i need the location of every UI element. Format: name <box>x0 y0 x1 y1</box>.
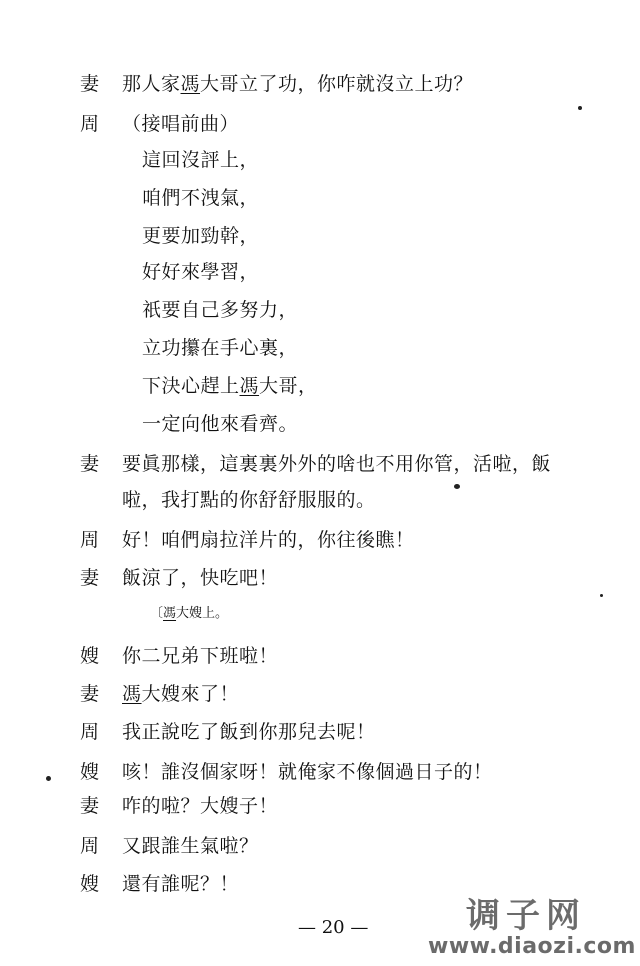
dialogue-line: 還有誰呢？！ <box>122 872 239 896</box>
speaker-label: 嫂 <box>80 644 99 668</box>
lyric-line: 立功攥在手心裏， <box>142 336 298 360</box>
scan-speck <box>578 106 582 110</box>
lyric-line: 好好來學習， <box>142 260 259 284</box>
scan-speck <box>600 594 603 597</box>
dialogue-line: 飯涼了，快吃吧！ <box>122 566 278 590</box>
direction-text: 大嫂上。 <box>176 606 228 621</box>
speaker-label: 周 <box>80 112 99 136</box>
lyric-line: 一定向他來看齊。 <box>142 412 298 436</box>
lyric-line: 下決心趕上馮大哥， <box>142 374 318 398</box>
speaker-label: 妻 <box>80 452 99 476</box>
proper-name-underlined: 馮 <box>163 606 176 621</box>
speaker-label: 妻 <box>80 566 99 590</box>
speaker-label: 周 <box>80 528 99 552</box>
watermark-logo: 调子网 <box>466 896 586 936</box>
speaker-label: 周 <box>80 720 99 744</box>
stage-cue: （接唱前曲） <box>122 112 239 136</box>
lyric-line: 祇要自己多努力， <box>142 298 298 322</box>
speaker-label: 嫂 <box>80 872 99 896</box>
dialogue-line: 咋的啦？大嫂子！ <box>122 794 278 818</box>
dialogue-line: 又跟誰生氣啦？ <box>122 834 259 858</box>
speaker-label: 妻 <box>80 794 99 818</box>
dialogue-line: 那人家馮大哥立了功，你咋就沒立上功？ <box>122 72 473 96</box>
lyric-text: 下決心趕上 <box>142 375 240 397</box>
dialogue-line: 好！咱們扇拉洋片的，你往後瞧！ <box>122 528 415 552</box>
dialogue-line: 你二兄弟下班啦！ <box>122 644 278 668</box>
proper-name-underlined: 馮 <box>240 375 260 397</box>
speaker-label: 嫂 <box>80 760 99 784</box>
dialogue-text: 大哥立了功，你咋就沒立上功？ <box>200 73 473 95</box>
dialogue-text: 大嫂來了！ <box>142 683 240 705</box>
lyric-text: 大哥， <box>259 375 318 397</box>
watermark-url: www.diaozi.com <box>428 934 636 960</box>
scan-speck <box>46 776 51 781</box>
speaker-label: 妻 <box>80 682 99 706</box>
lyric-line: 咱們不洩氣， <box>142 186 259 210</box>
bracket: 〔 <box>150 606 163 621</box>
stage-direction: 〔馮大嫂上。 <box>150 605 228 623</box>
proper-name-underlined: 馮 <box>181 73 201 95</box>
speaker-label: 周 <box>80 834 99 858</box>
speaker-label: 妻 <box>80 72 99 96</box>
dialogue-line: 馮大嫂來了！ <box>122 682 239 706</box>
page-number: — 20 — <box>298 916 368 940</box>
dialogue-text: 那人家 <box>122 73 181 95</box>
dialogue-line: 我正說吃了飯到你那兒去呢！ <box>122 720 376 744</box>
dialogue-line: 咳！誰沒個家呀！就俺家不像個過日子的！ <box>122 760 493 784</box>
scan-speck <box>454 484 460 489</box>
dialogue-line-continued: 啦，我打點的你舒舒服服的。 <box>122 488 376 512</box>
lyric-line: 更要加勁幹， <box>142 224 259 248</box>
dialogue-line: 要眞那樣，這裏裏外外的啥也不用你管，活啦，飯 <box>122 452 551 476</box>
proper-name-underlined: 馮 <box>122 683 142 705</box>
lyric-line: 這回沒評上， <box>142 148 259 172</box>
